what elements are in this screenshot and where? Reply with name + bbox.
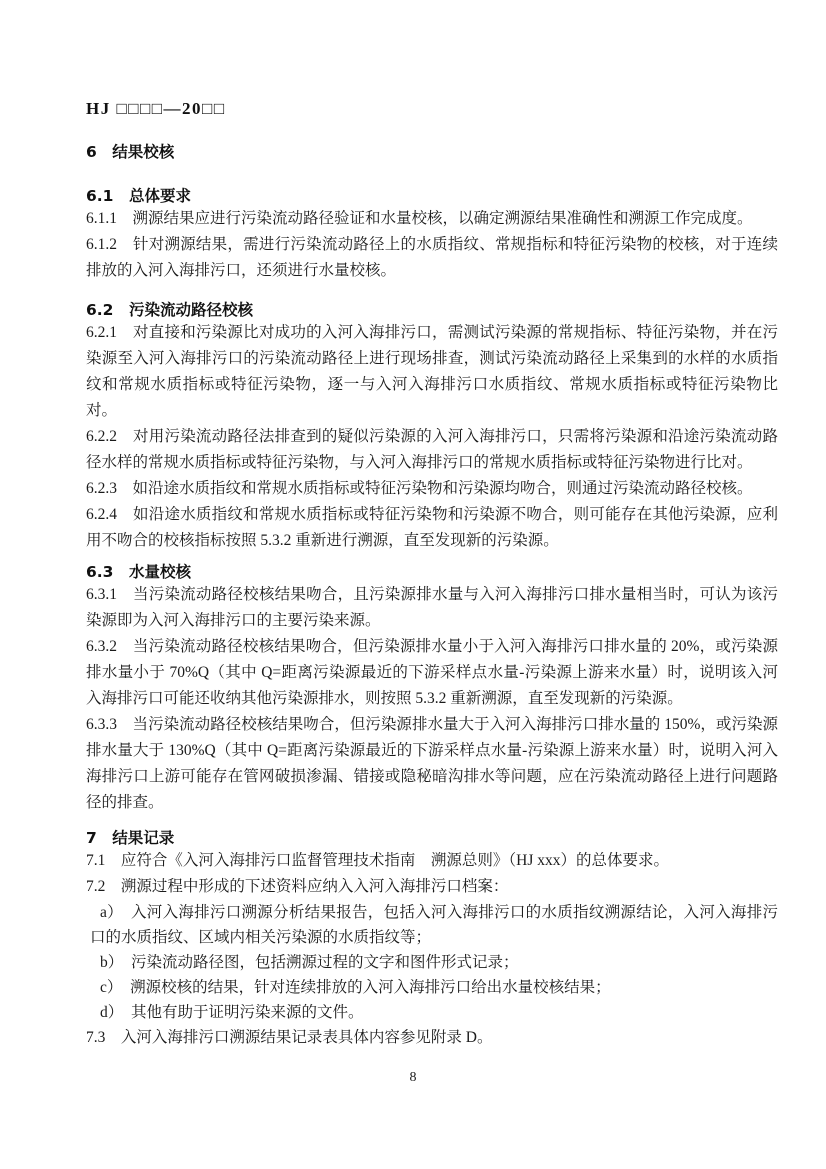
document-page: HJ □□□□—20□□ 6 结果校核 6.1 总体要求 6.1.1 溯源结果应… [0, 0, 826, 1169]
clause-6-3-3-paragraph: 6.3.3 当污染流动路径校核结果吻合，但污染源排水量大于入河入海排污口排水量的… [86, 712, 778, 816]
page-content: HJ □□□□—20□□ 6 结果校核 6.1 总体要求 6.1.1 溯源结果应… [86, 98, 778, 1051]
clause-7-2-item-c: c） 溯源校核的结果，针对连续排放的入河入海排污口给出水量校核结果； [86, 975, 778, 1000]
clause-6-1-heading: 6.1 总体要求 [86, 186, 778, 206]
clause-6-2-1-paragraph: 6.2.1 对直接和污染源比对成功的入河入海排污口，需测试污染源的常规指标、特征… [86, 320, 778, 424]
clause-6-1-2-paragraph: 6.1.2 针对溯源结果，需进行污染流动路径上的水质指纹、常规指标和特征污染物的… [86, 232, 778, 284]
page-number: 8 [0, 1068, 826, 1088]
clause-7-2-paragraph: 7.2 溯源过程中形成的下述资料应纳入入河入海排污口档案： [86, 874, 778, 900]
clause-6-2-heading: 6.2 污染流动路径校核 [86, 300, 778, 320]
clause-6-3-2-paragraph: 6.3.2 当污染流动路径校核结果吻合，但污染源排水量小于入河入海排污口排水量的… [86, 634, 778, 712]
clause-7-2-item-d: d） 其他有助于证明污染来源的文件。 [86, 1000, 778, 1025]
clause-7-3-paragraph: 7.3 入河入海排污口溯源结果记录表具体内容参见附录 D。 [86, 1025, 778, 1051]
clause-6-3-heading: 6.3 水量校核 [86, 562, 778, 582]
standard-number-header: HJ □□□□—20□□ [86, 98, 778, 120]
section-7-heading: 7 结果记录 [86, 828, 778, 848]
clause-6-1-1-paragraph: 6.1.1 溯源结果应进行污染流动路径验证和水量校核，以确定溯源结果准确性和溯源… [86, 206, 778, 232]
clause-7-1-paragraph: 7.1 应符合《入河入海排污口监督管理技术指南 溯源总则》（HJ xxx）的总体… [86, 848, 778, 874]
clause-7-2-item-a: a） 入河入海排污口溯源分析结果报告，包括入河入海排污口的水质指纹溯源结论，入河… [86, 900, 778, 950]
clause-6-2-2-paragraph: 6.2.2 对用污染流动路径法排查到的疑似污染源的入河入海排污口，只需将污染源和… [86, 424, 778, 476]
clause-6-2-4-paragraph: 6.2.4 如沿途水质指纹和常规水质指标或特征污染物和污染源不吻合，则可能存在其… [86, 502, 778, 554]
clause-6-3-1-paragraph: 6.3.1 当污染流动路径校核结果吻合，且污染源排水量与入河入海排污口排水量相当… [86, 582, 778, 634]
section-6-heading: 6 结果校核 [86, 142, 778, 162]
clause-7-2-item-b: b） 污染流动路径图，包括溯源过程的文字和图件形式记录； [86, 950, 778, 975]
clause-6-2-3-paragraph: 6.2.3 如沿途水质指纹和常规水质指标或特征污染物和污染源均吻合，则通过污染流… [86, 476, 778, 502]
